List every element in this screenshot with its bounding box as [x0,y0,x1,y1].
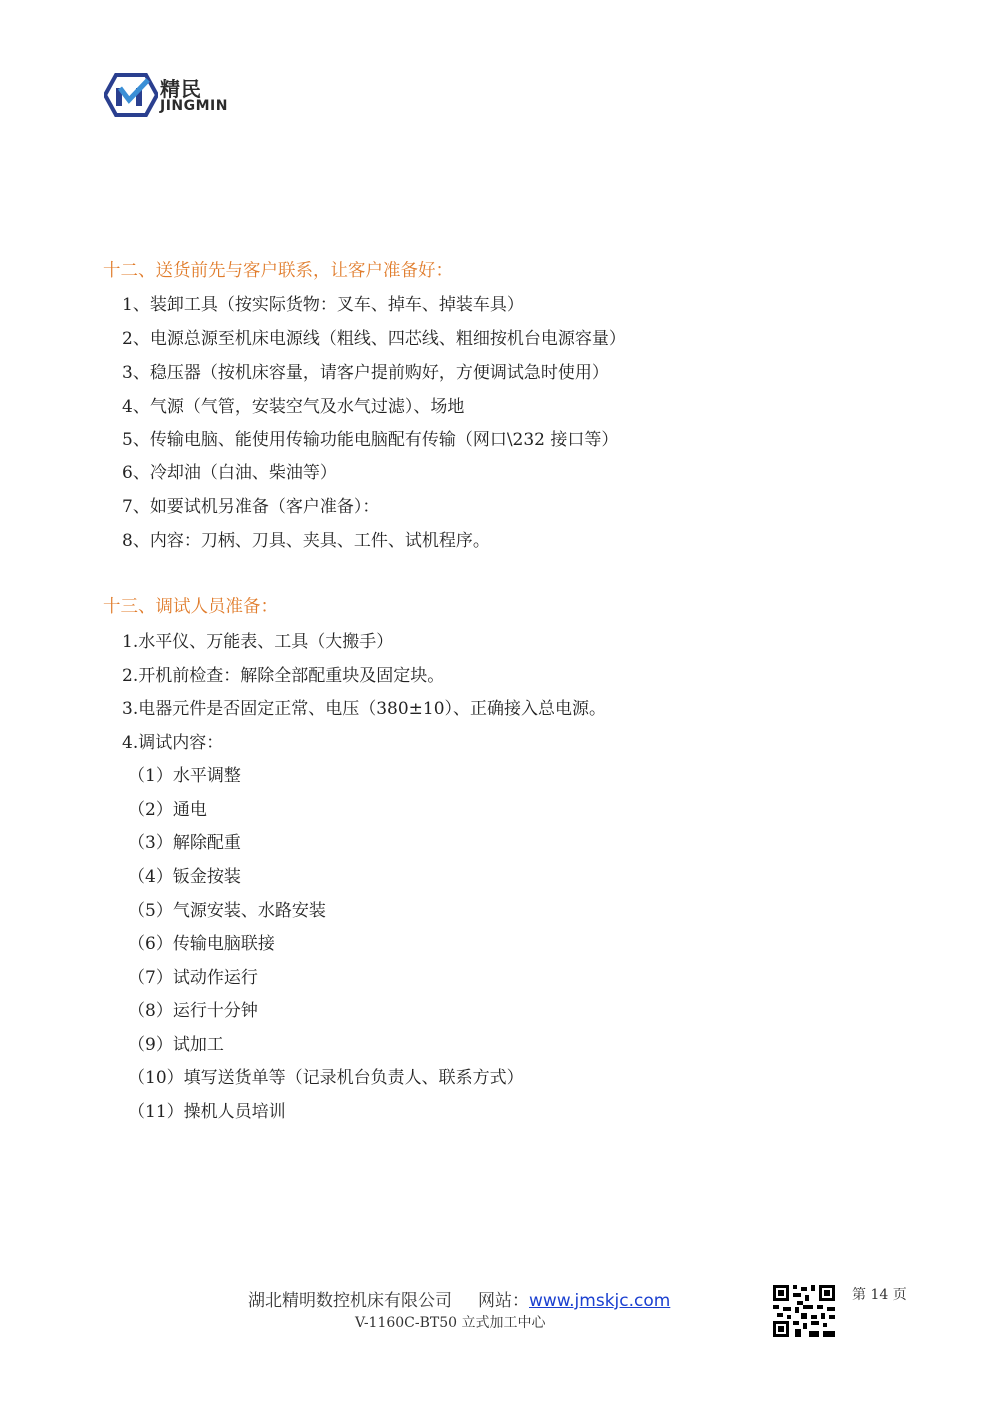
footer-company-line: 湖北精明数控机床有限公司网站：www.jmskjc.com [248,1286,670,1311]
sub-list-item: （5）气源安装、水路安装 [128,896,326,921]
list-item: 8、内容：刀柄、刀具、夹具、工件、试机程序。 [122,526,490,551]
jingmin-logo-icon [104,72,158,118]
sub-list-item: （1）水平调整 [128,761,241,786]
page-number: 第 14 页 [852,1284,907,1304]
list-item: 1、装卸工具（按实际货物：叉车、掉车、掉装车具） [122,290,524,315]
sub-list-item: （6）传输电脑联接 [128,929,275,954]
qr-code-icon [773,1285,835,1337]
footer-model: V-1160C-BT50 立式加工中心 [355,1312,546,1332]
list-item: 4、气源（气管，安装空气及水气过滤）、场地 [122,392,464,417]
list-item: 3.电器元件是否固定正常、电压（380±10）、正确接入总电源。 [122,694,606,719]
list-item: 1.水平仪、万能表、工具（大搬手） [122,627,393,652]
footer-website-link[interactable]: www.jmskjc.com [529,1291,670,1311]
list-item: 4.调试内容： [122,728,223,753]
footer-site-label: 网站： [478,1291,529,1311]
sub-list-item: （2）通电 [128,795,207,820]
list-item: 2、电源总源至机床电源线（粗线、四芯线、粗细按机台电源容量） [122,324,626,349]
sub-list-item: （11）操机人员培训 [128,1097,286,1122]
list-item: 7、如要试机另准备（客户准备）： [122,492,379,517]
footer-company-name: 湖北精明数控机床有限公司 [248,1291,452,1311]
logo-english-text: JINGMIN [160,98,228,114]
list-item: 3、稳压器（按机床容量，请客户提前购好，方便调试急时使用） [122,358,609,383]
list-item: 2.开机前检查：解除全部配重块及固定块。 [122,661,444,686]
sub-list-item: （9）试加工 [128,1030,224,1055]
sub-list-item: （3）解除配重 [128,828,241,853]
sub-list-item: （8）运行十分钟 [128,996,258,1021]
sub-list-item: （7）试动作运行 [128,963,258,988]
sub-list-item: （10）填写送货单等（记录机台负责人、联系方式） [128,1063,524,1088]
section-12-title: 十二、送货前先与客户联系，让客户准备好： [103,257,453,282]
company-logo: 精民 JINGMIN [104,72,264,118]
section-13-title: 十三、调试人员准备： [103,593,278,618]
list-item: 5、传输电脑、能使用传输功能电脑配有传输（网口\232 接口等） [122,425,618,450]
sub-list-item: （4）钣金按装 [128,862,241,887]
list-item: 6、冷却油（白油、柴油等） [122,458,337,483]
